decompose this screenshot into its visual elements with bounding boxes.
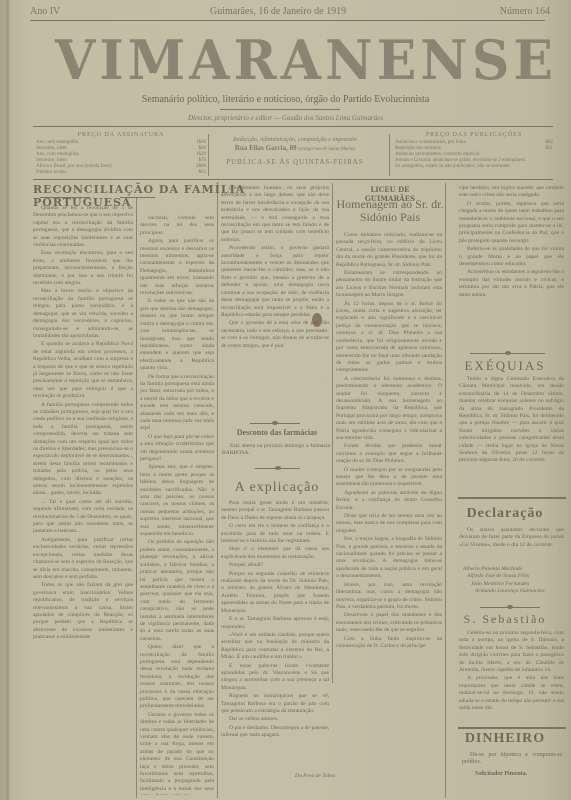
paragraph: O que faço para pôr-se cobro a esta situ… xyxy=(140,434,214,464)
masthead-subtitle: Semanário político, literário e noticios… xyxy=(0,94,571,105)
dinheiro-signature: Solicitador Pimenta. xyxy=(475,771,527,777)
headline-explicacao: A explicação xyxy=(222,480,332,496)
ornament-rule xyxy=(470,353,545,354)
paragraph: ... Tal e qual como até ali sucedia, seg… xyxy=(33,499,133,536)
paragraph: Hoje é o elemento que dá causa aos expli… xyxy=(221,546,329,561)
paragraph: A família portuguesa compreende todos os… xyxy=(33,402,133,498)
paragraph: Para muita gente ainda é um mistério, me… xyxy=(221,500,329,522)
paragraph: Como tínhamos noticiado, realizou-se na … xyxy=(336,232,442,269)
article-column-1: Quando se fez a revolução de 5 de Dezemb… xyxy=(33,205,133,795)
paragraph: Fez, a traços largos, a biografia de Sid… xyxy=(336,536,442,580)
price-value: $03 xyxy=(199,170,207,176)
paragraph: O orador começou por se congratular pelo… xyxy=(336,467,442,489)
paragraph: cipe herdeiro, era lógico suceder que ta… xyxy=(459,185,564,200)
year-label: Ano IV xyxy=(30,6,60,17)
section-rule xyxy=(458,497,566,499)
ink-stain xyxy=(312,313,322,327)
paragraph: A concorrência foi numerosa e distinta, … xyxy=(336,376,442,443)
paragraph: Está aberta na próxima domingo a farmáci… xyxy=(222,443,330,458)
headline-rule xyxy=(120,197,155,198)
section-rule xyxy=(458,727,566,729)
paragraph: Aconselhou os estudantes a seguirem-lhe … xyxy=(459,269,564,299)
column-divider xyxy=(136,198,137,798)
headline-desconto: Desconto das farmácias xyxy=(222,428,332,437)
pub-price-value: $01 xyxy=(546,146,554,152)
price-row: Número avulso$03 xyxy=(36,170,206,176)
office-street-note: (antiga rua de Santa Maria) xyxy=(298,147,355,152)
paragraph: Os partidos da oposição não podem andar,… xyxy=(140,539,214,643)
paragraph: E o sr. Tamagnini Barbosa aprovou e está… xyxy=(221,616,329,631)
price-label: Número avulso xyxy=(36,170,67,176)
paragraph: E todos os que não são da grei que domin… xyxy=(140,298,214,372)
office-street: Rua Elias Garcia, 89 xyxy=(235,144,297,152)
paragraph: Dá-se por hipoteca e compram-se prédios. xyxy=(462,752,562,767)
explicacao-signature: Do Povo de Tabos xyxy=(295,773,335,779)
top-rule xyxy=(30,20,545,21)
paragraph: Porque na segunda conselho de ministros … xyxy=(221,571,329,615)
headline-sebastiao: S. Sebastião xyxy=(445,612,565,627)
paragraph: Referiu-se às qualidades de que foi víti… xyxy=(459,246,564,268)
paragraph: Os abaixo assinados declaram que deixara… xyxy=(459,527,564,549)
paragraph: Celebra-se na próxima segunda-feira, com… xyxy=(459,630,564,674)
publication-prices-box: PREÇO DAS PUBLICAÇÕES Anúncios e comunic… xyxy=(395,132,553,170)
headline-dinheiro: DINHEIRO xyxy=(445,731,565,747)
dinheiro-body: Dá-se por hipoteca e compram-se prédios. xyxy=(462,752,562,768)
office-box: Redacção, Administração, composição e im… xyxy=(205,137,385,166)
paragraph: Às 12 horas, depois de o sr. Reitor do L… xyxy=(336,301,442,375)
subscription-title: PREÇO DA ASSINATURA xyxy=(36,132,206,138)
ornament-rule xyxy=(255,468,300,469)
paragraph: Essa revolução encontrou, para o seu êxi… xyxy=(33,250,133,287)
director-line: Director, proprietário e editor — Gastão… xyxy=(0,114,571,122)
explicacao-body: Para muita gente ainda é um mistério, me… xyxy=(221,500,329,772)
publication-day: PUBLICA-SE ÀS QUINTAS-FEIRAS xyxy=(205,158,385,166)
column-divider xyxy=(217,183,218,798)
office-address: Rua Elias Garcia, 89 (antiga rua de Sant… xyxy=(205,144,385,152)
office-line-1: Redacção, Administração, composição e im… xyxy=(205,137,385,143)
paragraph: Enlamearam se correspondendo ao pensamen… xyxy=(336,270,442,300)
paragraph: Mas a breve trecho o objectivo da reconc… xyxy=(33,288,133,340)
paragraph: A procissão, que é uma das mais importan… xyxy=(459,675,564,712)
desconto-text: Está aberta na próxima domingo a farmáci… xyxy=(222,443,330,461)
issue-number: Número 164 xyxy=(500,6,550,17)
pub-price-row: Os autógrafos, sejam ou não publicados, … xyxy=(395,164,553,170)
exequias-body: Tendo a digna Comissão Executiva da Câma… xyxy=(459,376,564,496)
paragraph: Tendo a digna Comissão Executiva da Câma… xyxy=(459,376,564,465)
subscription-box: PREÇO DA ASSINATURA Ano, sem estampilha1… xyxy=(36,132,206,176)
boxes-rule xyxy=(33,179,553,180)
dateline: Guimarães, 16 de Janeiro de 1919 xyxy=(210,6,346,17)
declaracao-body: Os abaixo assinados declaram que deixara… xyxy=(459,527,564,562)
paragraph: Procedendo assim, o governo gastará auto… xyxy=(221,245,329,319)
paragraph: Agora, para justificar os mesmos excesso… xyxy=(140,238,214,297)
paragraph: De forma que a reconciliação da família … xyxy=(140,374,214,433)
article-column-2: nacional, vivendo sem desvios na lei dos… xyxy=(140,215,214,795)
paragraph: Descreveu o papel dos mandantes e dos ex… xyxy=(336,612,442,634)
signatory: Alfredo José de Sousa Félix xyxy=(463,573,568,580)
header-rule xyxy=(33,126,553,127)
paragraph: E quando se acalava a República Nova de … xyxy=(33,341,133,400)
ornament-rule xyxy=(250,423,300,424)
paragraph: procedimento honesto, os seus próprios a… xyxy=(221,185,329,244)
masthead: VIMARANENSE xyxy=(55,35,515,88)
subtitle-rule xyxy=(220,109,340,110)
sebastiao-body: Celebra-se na próxima segunda-feira, com… xyxy=(459,630,564,725)
paragraph: Houve, por isso, uma revolução libertado… xyxy=(336,582,442,612)
paragraph: Agradeceu as palavras amáveis do digno R… xyxy=(336,490,442,512)
column-divider xyxy=(445,183,446,798)
signatory: Armando Lourenço Guimarães xyxy=(463,588,568,595)
paragraph: Todos os que não faziam da grei que gove… xyxy=(33,582,133,641)
declaracao-signatories: Alberto Pimenta Machado Alfredo José de … xyxy=(463,566,568,606)
liceu-continuation: cipe herdeiro, era lógico suceder que ta… xyxy=(459,185,564,345)
headline-declaracao: Declaração xyxy=(445,506,565,522)
paragraph: O certo era ele o homem de confiança e o… xyxy=(221,523,329,545)
paragraph: E essas palavras foram vivamente aplaudi… xyxy=(221,663,329,693)
newspaper-page: Ano IV Guimarães, 16 de Janeiro de 1919 … xyxy=(0,0,571,800)
article-column-3: procedimento honesto, os seus próprios a… xyxy=(221,185,329,418)
ornament-rule xyxy=(480,607,540,608)
paragraph: Quando se fez a revolução de 5 de Dezemb… xyxy=(33,205,133,249)
paragraph: Garanta o governo todos os direitos e to… xyxy=(140,712,214,795)
liceu-body: Como tínhamos noticiado, realizou-se na … xyxy=(336,232,442,687)
headline-homenagem: Homenagem ao Sr. dr. Sidónio Pais xyxy=(335,198,445,224)
paragraph: Com a linha findo inspirou-se na comunic… xyxy=(336,636,442,651)
paragraph: Porquê, afinal? xyxy=(221,562,329,569)
paragraph: Antigamente, para justificar certas excl… xyxy=(33,537,133,581)
signatory: João Monteiro Fernandes xyxy=(463,581,568,588)
paragraph: Foram dívidas que pudemos tomar corrimos… xyxy=(336,443,442,465)
paragraph: Apenas isto, que é simples: bora a muita… xyxy=(140,464,214,538)
headline-rule xyxy=(40,197,90,198)
header-top-row: Ano IV Guimarães, 16 de Janeiro de 1919 … xyxy=(30,6,550,20)
headline-exequias: EXÉQUIAS xyxy=(445,358,565,374)
paragraph: O pai e desdanho. Descarregou a de paten… xyxy=(221,725,329,740)
paragraph: O orador, porém, esperava que seria cheg… xyxy=(459,201,564,245)
box-divider xyxy=(389,134,390,176)
paragraph: Roguem os monárquicos que se vê, Tamagni… xyxy=(221,693,329,715)
paragraph: Quero dizer que a reconciliação da famíl… xyxy=(140,644,214,711)
paragraph: «Você é um soldado cândido, porque quero… xyxy=(221,632,329,662)
column-divider xyxy=(332,183,333,683)
paragraph: Daí os velhos amores. xyxy=(221,716,329,723)
publication-prices-title: PREÇO DAS PUBLICAÇÕES xyxy=(395,132,553,138)
paragraph: Disse que teria de ser sereno uma vez ao… xyxy=(336,513,442,535)
paragraph: nacional, vivendo sem desvios na lei dos… xyxy=(140,215,214,237)
